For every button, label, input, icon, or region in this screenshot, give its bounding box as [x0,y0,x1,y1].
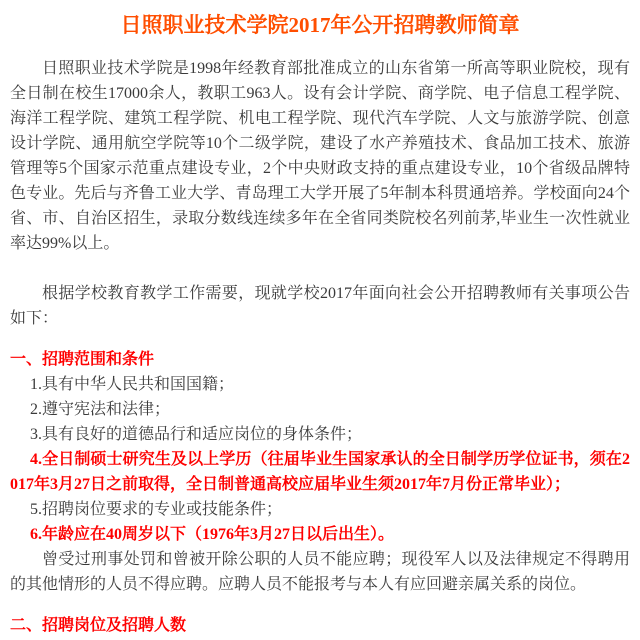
intro-paragraph-2: 根据学校教育教学工作需要，现就学校2017年面向社会公开招聘教师有关事项公告如下… [10,281,630,331]
intro-paragraph-1: 日照职业技术学院是1998年经教育部批准成立的山东省第一所高等职业院校，现有全日… [10,56,630,256]
condition-item-2: 2.遵守宪法和法律； [10,397,630,422]
announcement-page: 日照职业技术学院2017年公开招聘教师简章 日照职业技术学院是1998年经教育部… [0,0,640,640]
condition-item-6: 6.年龄应在40周岁以下（1976年3月27日以后出生）。 [10,522,630,547]
condition-item-1: 1.具有中华人民共和国国籍； [10,372,630,397]
page-title: 日照职业技术学院2017年公开招聘教师简章 [10,10,630,40]
condition-item-3: 3.具有良好的道德品行和适应岗位的身体条件； [10,422,630,447]
condition-item-5: 5.招聘岗位要求的专业或技能条件； [10,497,630,522]
section-recruitment-scope: 一、招聘范围和条件 1.具有中华人民共和国国籍； 2.遵守宪法和法律； 3.具有… [10,347,630,597]
section-1-note: 曾受过刑事处罚和曾被开除公职的人员不能应聘；现役军人以及法律规定不得聘用的其他情… [10,547,630,597]
condition-item-4: 4.全日制硕士研究生及以上学历（往届毕业生国家承认的全日制学历学位证书，须在20… [10,447,630,497]
section-1-heading: 一、招聘范围和条件 [10,347,630,372]
section-2-heading: 二、招聘岗位及招聘人数 [10,613,630,638]
